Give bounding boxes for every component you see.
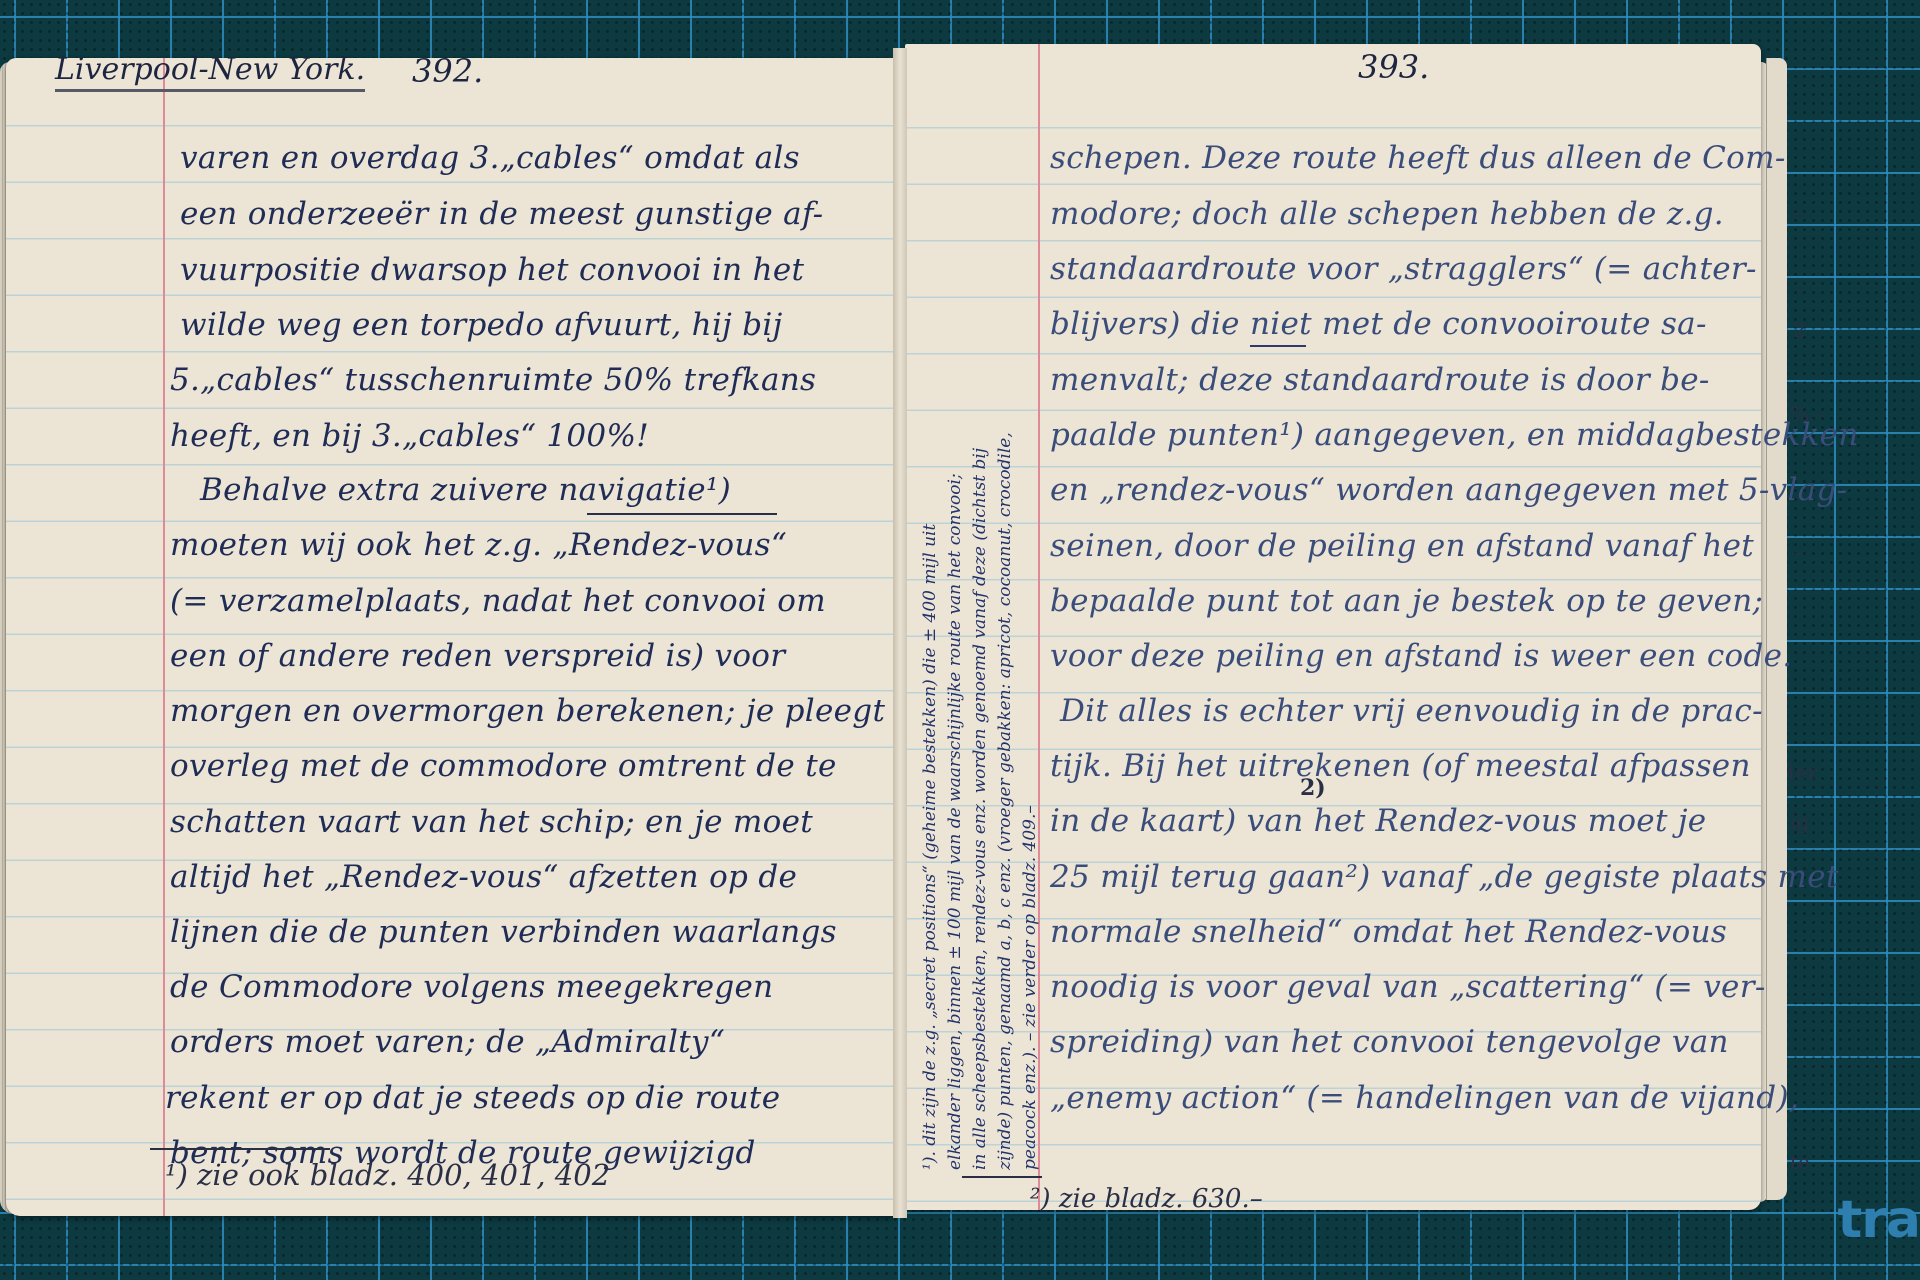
text-line: een onderzeeër in de meest gunstige af- bbox=[180, 196, 823, 232]
margin-note-line: elkander liggen, binnen ± 100 mijl van d… bbox=[943, 40, 968, 1170]
text-line: normale snelheid“ omdat het Rendez-vous bbox=[1050, 914, 1727, 950]
text-line: wilde weg een torpedo afvuurt, hij bij bbox=[180, 307, 783, 343]
text-line: rekent er op dat je steeds op die route bbox=[165, 1080, 780, 1116]
text-line: varen en overdag 3.„cables“ omdat als bbox=[180, 140, 800, 176]
text-line: paalde punten¹) aangegeven, en middagbes… bbox=[1050, 417, 1859, 453]
text-line: in de kaart) van het Rendez-vous moet je bbox=[1050, 803, 1706, 839]
edge-mark: – bbox=[1793, 200, 1803, 224]
left-footnote-rule bbox=[150, 1148, 330, 1150]
text-line: 25 mijl terug gaan²) vanaf „de gegiste p… bbox=[1050, 859, 1839, 895]
margin-note-line: peacock enz.). – zie verder op bladz. 40… bbox=[1018, 40, 1043, 1170]
text-line: „enemy action“ (= handelingen van de vij… bbox=[1050, 1080, 1799, 1116]
footnote-marker-2: 2) bbox=[1300, 775, 1326, 801]
text-line: seinen, door de peiling en afstand vanaf… bbox=[1050, 528, 1754, 564]
left-page-margin-line bbox=[163, 58, 165, 1216]
text-line: de Commodore volgens meegekregen bbox=[170, 969, 773, 1005]
text-line: lijnen die de punten verbinden waarlangs bbox=[170, 914, 837, 950]
text-line: vuurpositie dwarsop het convooi in het bbox=[180, 252, 804, 288]
edge-mark: ‘ bbox=[1795, 285, 1801, 309]
text-line: menvalt; deze standaardroute is door be- bbox=[1050, 362, 1710, 398]
left-footnote: ¹) zie ook bladz. 400, 401, 402 bbox=[165, 1158, 610, 1192]
edge-mark: %.– bbox=[1790, 402, 1825, 426]
text-line: voor deze peiling en afstand is weer een… bbox=[1050, 638, 1792, 674]
edge-mark: ter bbox=[1788, 760, 1817, 784]
text-line: morgen en overmorgen berekenen; je pleeg… bbox=[170, 693, 885, 729]
underline-navigatie bbox=[587, 513, 777, 515]
cutting-mat-logo: tra bbox=[1837, 1190, 1920, 1250]
right-page-number: 393. bbox=[1358, 48, 1429, 86]
margin-note-line: zijnde) punten, genaamd a, b, c enz. (vr… bbox=[993, 40, 1018, 1170]
edge-mark: 2 bbox=[1793, 318, 1806, 342]
book-spine bbox=[893, 48, 907, 1218]
margin-note-line: ¹). dit zijn de z.g. „secret positions“ … bbox=[918, 40, 943, 1170]
text-line: altijd het „Rendez-vous“ afzetten op de bbox=[170, 859, 797, 895]
text-line: Behalve extra zuivere navigatie¹) bbox=[200, 472, 731, 508]
edge-mark: ig bbox=[1790, 810, 1809, 834]
text-line: bepaalde punt tot aan je bestek op te ge… bbox=[1050, 583, 1763, 619]
edge-mark: te bbox=[1790, 1150, 1810, 1174]
text-line: modore; doch alle schepen hebben de z.g. bbox=[1050, 196, 1724, 232]
text-line: Dit alles is echter vrij eenvoudig in de… bbox=[1060, 693, 1763, 729]
text-line: schepen. Deze route heeft dus alleen de … bbox=[1050, 140, 1786, 176]
right-footnote-rule bbox=[962, 1176, 1042, 1178]
text-line: standaardroute voor „stragglers“ (= acht… bbox=[1050, 251, 1757, 287]
text-line: blijvers) die niet met de convooiroute s… bbox=[1050, 306, 1707, 342]
text-line: 5.„cables“ tusschenruimte 50% trefkans bbox=[170, 362, 816, 398]
text-line: (= verzamelplaats, nadat het convooi om bbox=[170, 583, 826, 619]
text-line: overleg met de commodore omtrent de te bbox=[170, 748, 837, 784]
left-page-number: 392. bbox=[412, 52, 483, 90]
text-line: tijk. Bij het uitrekenen (of meestal afp… bbox=[1050, 748, 1751, 784]
edge-mark: – bbox=[1793, 540, 1803, 564]
right-page-stack-edge-2 bbox=[1766, 58, 1787, 1200]
text-line: spreiding) van het convooi tengevolge va… bbox=[1050, 1024, 1729, 1060]
text-line: en „rendez-vous“ worden aangegeven met 5… bbox=[1050, 472, 1847, 508]
text-line: moeten wij ook het z.g. „Rendez-vous“ bbox=[170, 527, 787, 563]
right-footnote: ²) zie bladz. 630.– bbox=[1030, 1184, 1263, 1214]
text-line: heeft, en bij 3.„cables“ 100%! bbox=[170, 418, 649, 454]
margin-note-line: in alle scheepsbestekken, rendez-vous en… bbox=[968, 40, 993, 1170]
text-line: orders moet varen; de „Admiralty“ bbox=[170, 1024, 725, 1060]
text-line: schatten vaart van het schip; en je moet bbox=[170, 804, 813, 840]
text-line: een of andere reden verspreid is) voor bbox=[170, 638, 785, 674]
page-header-title: Liverpool-New York. bbox=[55, 52, 365, 92]
text-line: noodig is voor geval van „scattering“ (=… bbox=[1050, 969, 1766, 1005]
vertical-margin-note: ¹). dit zijn de z.g. „secret positions“ … bbox=[918, 40, 1043, 1170]
underline-niet bbox=[1250, 345, 1306, 347]
